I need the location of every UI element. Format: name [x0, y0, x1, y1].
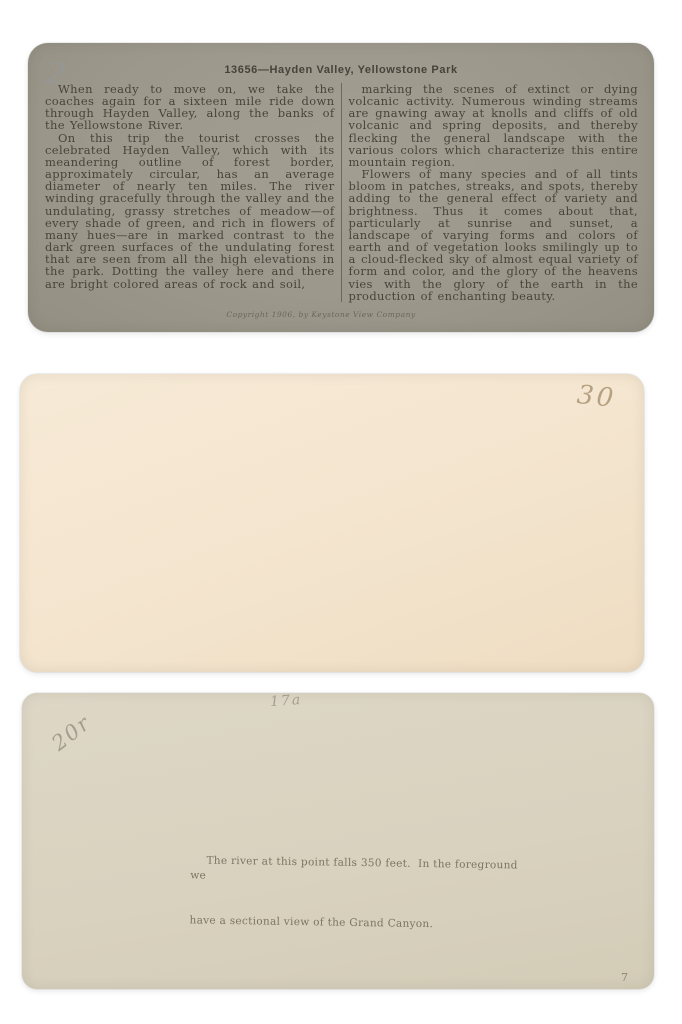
paragraph: Flowers of many species and of all tints…	[349, 168, 639, 302]
stereoview-card-blank-back: 30	[20, 374, 644, 672]
text-column-right: marking the scenes of extinct or dying v…	[341, 83, 639, 302]
caption-line: The river at this point falls 350 feet. …	[190, 853, 526, 888]
handwritten-number-top-center: 17a	[269, 692, 302, 710]
printed-page-number: 7	[621, 971, 628, 984]
paragraph: When ready to move on, we take the coach…	[45, 83, 335, 132]
copyright-line: Copyright 1906, by Keystone View Company	[28, 310, 614, 319]
scan-background: 2 13656—Hayden Valley, Yellowstone Park …	[0, 0, 682, 1024]
paragraph: On this trip the tourist crosses the cel…	[45, 132, 335, 290]
text-column-left: When ready to move on, we take the coach…	[45, 83, 341, 302]
paragraph: marking the scenes of extinct or dying v…	[349, 83, 639, 168]
card-title: 13656—Hayden Valley, Yellowstone Park	[28, 64, 654, 76]
stereoview-card-caption-back: 20r 17a The river at this point falls 35…	[22, 693, 654, 989]
stereoview-card-text-back: 2 13656—Hayden Valley, Yellowstone Park …	[28, 43, 654, 332]
printed-caption: The river at this point falls 350 feet. …	[189, 823, 527, 963]
caption-line: have a sectional view of the Grand Canyo…	[189, 913, 525, 933]
handwritten-number: 30	[575, 380, 617, 414]
handwritten-number-top-left: 20r	[47, 710, 95, 755]
two-column-text: When ready to move on, we take the coach…	[45, 83, 638, 302]
